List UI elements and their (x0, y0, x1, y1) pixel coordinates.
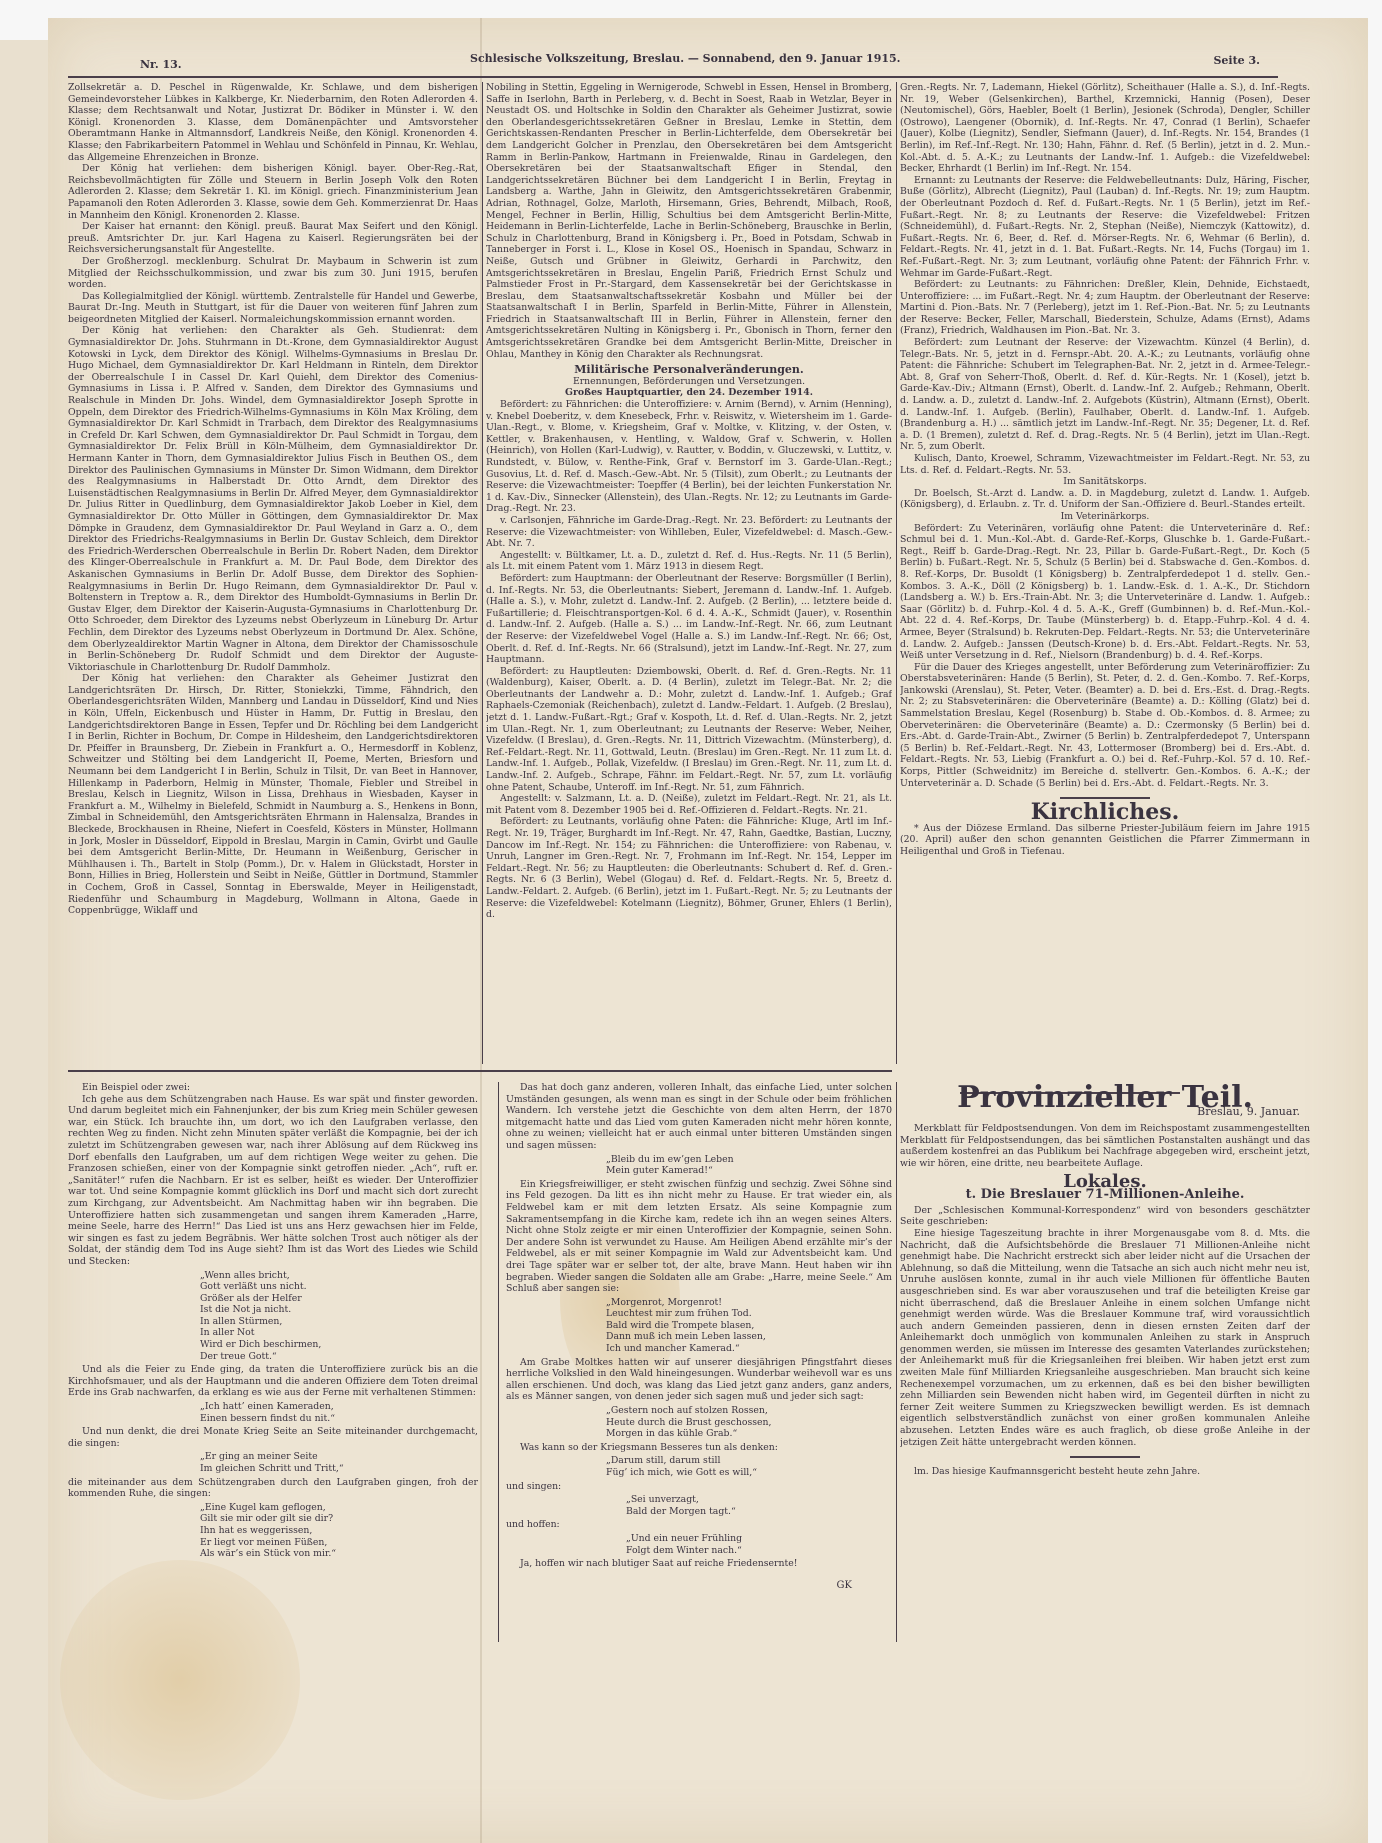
column-provincial: Provinzieller Teil. Breslau, 9. Januar. … (900, 1082, 1310, 1642)
verse-line: „Und ein neuer Frühling (626, 1533, 892, 1545)
paragraph: Das hat doch ganz anderen, volleren Inha… (506, 1082, 892, 1152)
column-awards: Zollsekretär a. D. Peschel in Rügenwalde… (68, 82, 478, 1064)
verse-line: Morgen in das kühle Grab.“ (606, 1428, 892, 1440)
column-feuilleton-left: Ein Beispiel oder zwei: Ich gehe aus dem… (68, 1082, 478, 1642)
paragraph: Der Großherzogl. mecklenburg. Schulrat D… (68, 256, 478, 291)
paragraph: Was kann so der Kriegsmann Besseres tun … (506, 1442, 892, 1454)
verse-line: In aller Not (200, 1327, 478, 1339)
section-rule (1070, 1456, 1140, 1458)
verse: „Und ein neuer Frühling Folgt dem Winter… (626, 1533, 892, 1556)
paragraph: Und nun denkt, die drei Monate Krieg Sei… (68, 1426, 478, 1449)
verse-line: Gott verläßt uns nicht. (200, 1281, 478, 1293)
verse-line: Gilt sie mir oder gilt sie dir? (200, 1513, 478, 1525)
newspaper-title: Schlesische Volkszeitung, Breslau. — Son… (470, 52, 900, 65)
paragraph: und singen: (506, 1481, 892, 1493)
paragraph: Der „Schlesischen Kommunal-Korrespondenz… (900, 1205, 1310, 1228)
paragraph: Kulisch, Danto, Kroewel, Schramm, Vizewa… (900, 453, 1310, 476)
provincial-section-title: Provinzieller Teil. (900, 1092, 1310, 1104)
verse-line: Einen bessern findst du nit.“ (200, 1413, 478, 1425)
verse-line: Leuchtest mir zum frühen Tod. (606, 1308, 892, 1320)
paragraph: Dr. Boelsch, St.-Arzt d. Landw. a. D. in… (900, 488, 1310, 511)
lokales-heading: Lokales. (900, 1176, 1310, 1188)
author-signature: GK (506, 1580, 892, 1592)
paragraph: Ein Kriegsfreiwilliger, er steht zwische… (506, 1179, 892, 1295)
paragraph: die miteinander aus dem Schützengraben d… (68, 1477, 478, 1500)
paragraph: Befördert: zu Hauptleuten: Dziembowski, … (486, 666, 892, 794)
paragraph: Befördert: zu Leutnants: zu Fähnrichen: … (900, 279, 1310, 337)
section-subheading: Ernennungen, Beförderungen und Versetzun… (486, 376, 892, 388)
verse-line: Größer als der Helfer (200, 1293, 478, 1305)
verse-line: „Ich hatt’ einen Kameraden, (200, 1401, 478, 1413)
verse-line: „Morgenrot, Morgenrot! (606, 1297, 892, 1309)
verse: „Er ging an meiner Seite Im gleichen Sch… (200, 1451, 478, 1474)
masthead: Nr. 13. Schlesische Volkszeitung, Bresla… (140, 52, 1260, 74)
paragraph: Der König hat verliehen: dem bisherigen … (68, 163, 478, 221)
verse-line: „Wenn alles bricht, (200, 1270, 478, 1282)
paragraph: Das Kollegialmitglied der Königl. württe… (68, 291, 478, 326)
verse-line: Ihn hat es weggerissen, (200, 1525, 478, 1537)
verse-line: In allen Stürmen, (200, 1316, 478, 1328)
adjacent-page-edge (0, 40, 54, 1843)
paragraph: und hoffen: (506, 1519, 892, 1531)
issue-number: Nr. 13. (140, 58, 182, 71)
paragraph: Befördert: zum Hauptmann: der Oberleutna… (486, 573, 892, 666)
paragraph: Gren.-Regts. Nr. 7, Lademann, Hiekel (Gö… (900, 82, 1310, 175)
paragraph: Der Kaiser hat ernannt: den Königl. preu… (68, 221, 478, 256)
verse-line: Mein guter Kamerad!“ (606, 1165, 892, 1177)
verse-line: „Bleib du im ew’gen Leben (606, 1154, 892, 1166)
paragraph: Angestellt: v. Bültkamer, Lt. a. D., zul… (486, 550, 892, 573)
verse-line: Ist die Not ja nicht. (200, 1304, 478, 1316)
verse: „Wenn alles bricht, Gott verläßt uns nic… (200, 1270, 478, 1363)
verse-line: „Sei unverzagt, (626, 1494, 892, 1506)
paragraph: Der König hat verliehen: den Charakter a… (68, 673, 478, 916)
paragraph: Nobiling in Stettin, Eggeling in Wernige… (486, 82, 892, 360)
verse-line: Ich und mancher Kamerad.“ (606, 1343, 892, 1355)
column-divider (896, 82, 897, 1064)
verse: „Gestern noch auf stolzen Rossen, Heute … (606, 1405, 892, 1440)
verse-line: Bald wird die Trompete blasen, (606, 1320, 892, 1332)
paragraph: Angestellt: v. Salzmann, Lt. a. D. (Neiß… (486, 793, 892, 816)
column-feuilleton-right: Das hat doch ganz anderen, volleren Inha… (506, 1082, 892, 1642)
verse: „Darum still, darum still Füg’ ich mich,… (606, 1455, 892, 1478)
paragraph: Merkblatt für Feldpostsendungen. Von dem… (900, 1123, 1310, 1169)
paragraph: Ja, hoffen wir nach blutiger Saat auf re… (506, 1558, 892, 1570)
section-heading: Militärische Personalveränderungen. (486, 364, 892, 376)
paragraph: Befördert: zu Leutnants, vorläufig ohne … (486, 816, 892, 920)
paragraph: Befördert: zu Fähnrichen: die Unteroffiz… (486, 399, 892, 515)
paragraph: Der König hat verliehen: den Charakter a… (68, 325, 478, 673)
paragraph: Am Grabe Moltkes hatten wir auf unserer … (506, 1357, 892, 1403)
paragraph: Ernannt: zu Leutnants der Reserve: die F… (900, 175, 1310, 279)
verse-line: Wird er Dich beschirmen, (200, 1339, 478, 1351)
verse-line: Dann muß ich mein Leben lassen, (606, 1331, 892, 1343)
verse-line: Heute durch die Brust geschossen, (606, 1417, 892, 1429)
verse-line: „Darum still, darum still (606, 1455, 892, 1467)
verse: „Eine Kugel kam geflogen, Gilt sie mir o… (200, 1502, 478, 1560)
verse: „Sei unverzagt, Bald der Morgen tagt.“ (626, 1494, 892, 1517)
verse-line: „Gestern noch auf stolzen Rossen, (606, 1405, 892, 1417)
masthead-rule (68, 76, 1278, 78)
paragraph: * Aus der Diözese Ermland. Das silberne … (900, 823, 1310, 858)
column-divider (498, 1082, 499, 1642)
paragraph: Befördert: zum Leutnant der Reserve: der… (900, 337, 1310, 453)
article-title: t. Die Breslauer 71-Millionen-Anleihe. (900, 1189, 1310, 1201)
verse-line: „Eine Kugel kam geflogen, (200, 1502, 478, 1514)
verse-line: Im gleichen Schritt und Tritt,“ (200, 1463, 478, 1475)
verse-line: Er liegt vor meinen Füßen, (200, 1537, 478, 1549)
paragraph: v. Carlsonjen, Fähnriche im Garde-Drag.-… (486, 515, 892, 550)
column-military: Nobiling in Stettin, Eggeling in Wernige… (486, 82, 892, 1064)
column-divider (482, 82, 483, 1064)
verse-line: Füg’ ich mich, wie Gott es will,“ (606, 1467, 892, 1479)
verse-line: Als wär’s ein Stück von mir.“ (200, 1548, 478, 1560)
column-divider (896, 1082, 897, 1642)
paragraph: lm. Das hiesige Kaufmannsgericht besteht… (900, 1466, 1310, 1478)
horizontal-rule (68, 1070, 892, 1072)
paragraph-heading: Ein Beispiel oder zwei: (68, 1082, 478, 1094)
paragraph: Und als die Feier zu Ende ging, da trate… (68, 1364, 478, 1399)
section-heading: Im Veterinärkorps. (900, 511, 1310, 523)
verse-line: Bald der Morgen tagt.“ (626, 1506, 892, 1518)
paragraph: Zollsekretär a. D. Peschel in Rügenwalde… (68, 82, 478, 163)
verse: „Morgenrot, Morgenrot! Leuchtest mir zum… (606, 1297, 892, 1355)
section-subheading: Großes Hauptquartier, den 24. Dezember 1… (486, 387, 892, 399)
page-number: Seite 3. (1213, 54, 1260, 67)
verse-line: Folgt dem Winter nach.“ (626, 1545, 892, 1557)
verse: „Bleib du im ew’gen Leben Mein guter Kam… (606, 1154, 892, 1177)
verse: „Ich hatt’ einen Kameraden, Einen besser… (200, 1401, 478, 1424)
paragraph: Für die Dauer des Krieges angestellt, un… (900, 662, 1310, 790)
paragraph: Befördert: Zu Veterinären, vorläufig ohn… (900, 523, 1310, 662)
column-military-continued: Gren.-Regts. Nr. 7, Lademann, Hiekel (Gö… (900, 82, 1310, 990)
paragraph: Eine hiesige Tageszeitung brachte in ihr… (900, 1228, 1310, 1448)
section-heading: Im Sanitätskorps. (900, 476, 1310, 488)
verse-line: „Er ging an meiner Seite (200, 1451, 478, 1463)
verse-line: Der treue Gott.“ (200, 1351, 478, 1363)
paragraph: Ich gehe aus dem Schützengraben nach Hau… (68, 1094, 478, 1268)
kirchliches-heading: Kirchliches. (900, 807, 1310, 819)
